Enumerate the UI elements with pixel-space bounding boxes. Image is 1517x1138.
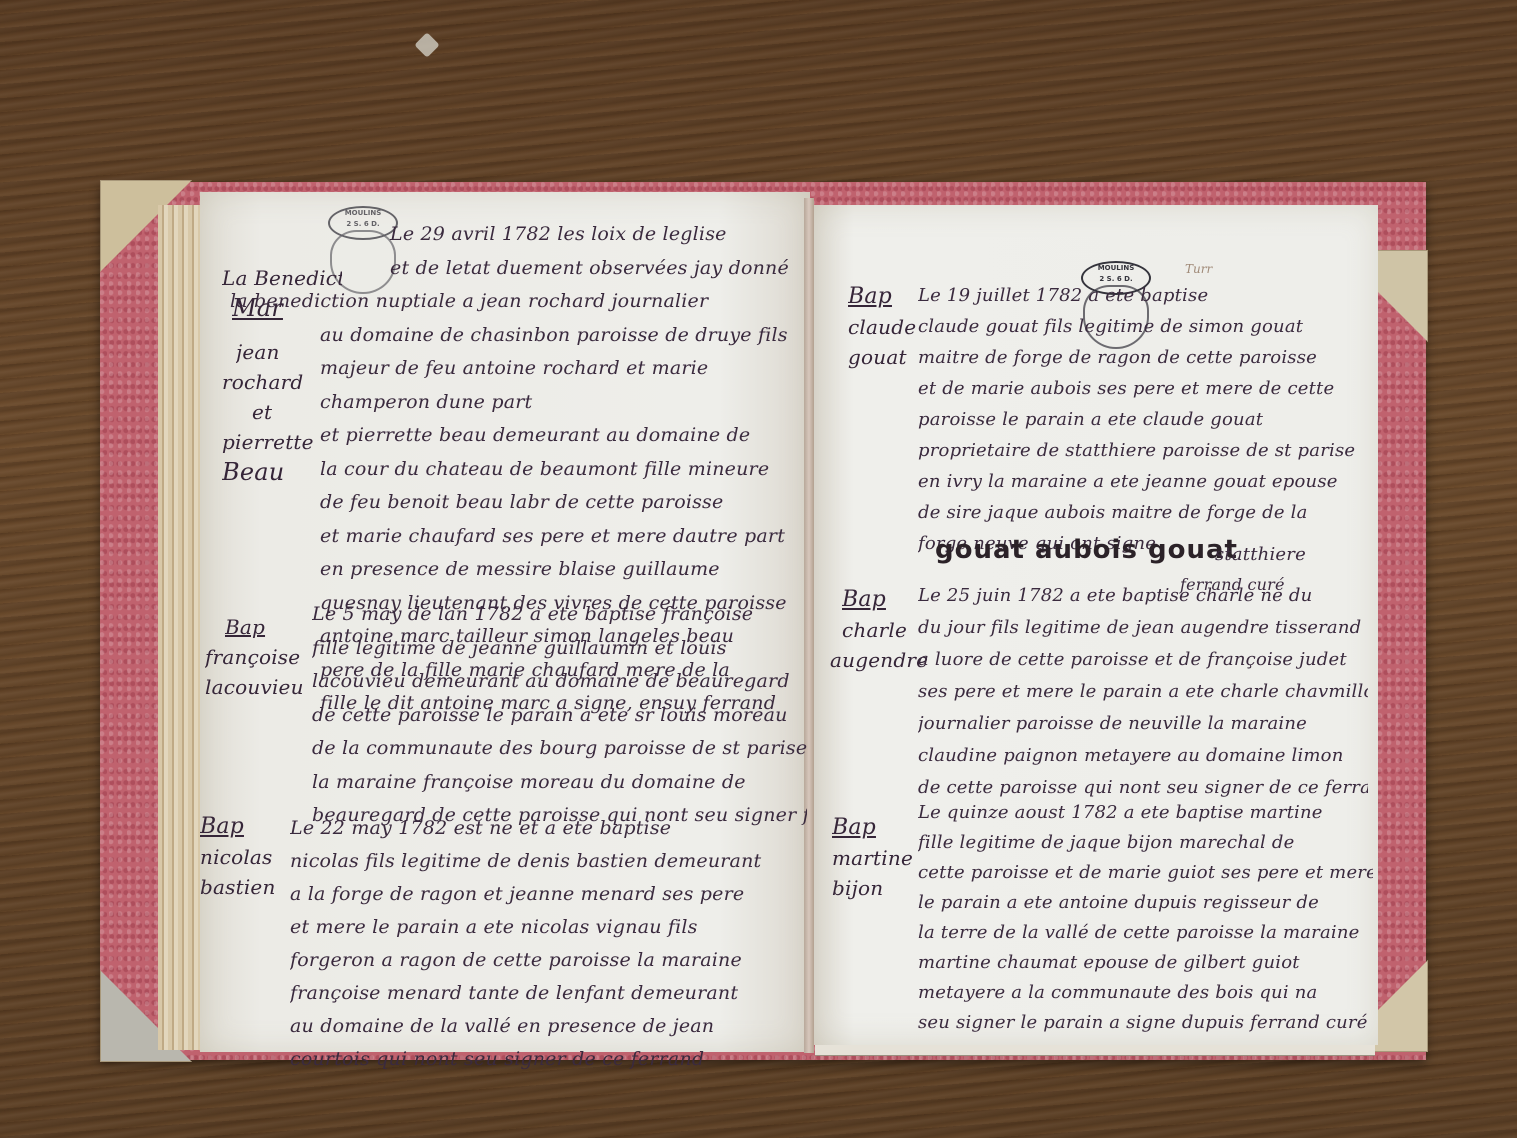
text-line: forgeron a ragon de cette paroisse la ma… (290, 944, 805, 977)
margin-entry-francoise: Bap françoise lacouvieu (205, 612, 315, 702)
signature-statthiere: statthiere (1215, 538, 1306, 572)
margin-line: martine (832, 843, 932, 873)
text-line: fille legitime de jeanne guillaumin et l… (312, 632, 807, 666)
text-line: Le quinze aoust 1782 a ete baptise marti… (918, 798, 1373, 828)
text-line: a luore de cette paroisse et de françois… (918, 644, 1368, 676)
text-line: et de letat duement observées jay donné (320, 252, 800, 286)
text-line: paroisse le parain a ete claude gouat (918, 404, 1368, 435)
entry-claude-text: Le 19 juillet 1782 a ete baptise claude … (918, 280, 1368, 559)
text-line: claudine paignon metayere au domaine lim… (918, 740, 1368, 772)
text-line: de sire jaque aubois maitre de forge de … (918, 497, 1368, 528)
right-page-edge (815, 1045, 1375, 1056)
text-line: courtois qui nont seu signer de ce ferra… (290, 1043, 805, 1076)
text-line: la benediction nuptiale a jean rochard j… (230, 285, 800, 319)
text-line: proprietaire de statthiere paroisse de s… (918, 435, 1368, 466)
entry-martine-text: Le quinze aoust 1782 a ete baptise marti… (918, 798, 1373, 1038)
text-line: au domaine de chasinbon paroisse de druy… (320, 319, 800, 353)
text-line: du jour fils legitime de jean augendre t… (918, 612, 1368, 644)
entry-charle-text: Le 25 juin 1782 a ete baptise charle ne … (918, 580, 1368, 804)
entry-nicolas-text: Le 22 may 1782 est ne et a ete baptise n… (290, 812, 805, 1076)
text-line: lacouvieu demeurant au domaine de beaure… (312, 665, 807, 699)
text-line: a la forge de ragon et jeanne menard ses… (290, 878, 805, 911)
text-line: et pierrette beau demeurant au domaine d… (320, 419, 800, 453)
margin-line: lacouvieu (205, 672, 315, 702)
text-line: françoise menard tante de lenfant demeur… (290, 977, 805, 1010)
text-line: de la communaute des bourg paroisse de s… (312, 732, 807, 766)
margin-title: Bap (225, 612, 315, 642)
corner-note: Turr (1185, 262, 1212, 276)
text-line: de cette paroisse le parain a ete sr lou… (312, 699, 807, 733)
text-line: et de marie aubois ses pere et mere de c… (918, 373, 1368, 404)
signature-gouat-aubois: gouat aubois gouat (935, 535, 1238, 565)
margin-entry-martine: Bap martine bijon (832, 813, 932, 903)
text-line: Le 22 may 1782 est ne et a ete baptise (290, 812, 805, 845)
text-line: majeur de feu antoine rochard et marie (320, 352, 800, 386)
text-line: claude gouat fils legitime de simon goua… (918, 311, 1368, 342)
margin-line: charle (842, 615, 930, 645)
stamp-text-top: MOULINS (345, 209, 382, 217)
text-line: au domaine de la vallé en presence de je… (290, 1010, 805, 1043)
text-line: la terre de la vallé de cette paroisse l… (918, 918, 1373, 948)
entry-francoise-text: Le 5 may de lan 1782 a ete baptise franç… (312, 598, 807, 833)
text-line: nicolas fils legitime de denis bastien d… (290, 845, 805, 878)
text-line: fille legitime de jaque bijon marechal d… (918, 828, 1373, 858)
text-line: de feu benoit beau labr de cette paroiss… (320, 486, 800, 520)
text-line: Le 19 juillet 1782 a ete baptise (918, 280, 1368, 311)
text-line: martine chaumat epouse de gilbert guiot (918, 948, 1373, 978)
margin-title: Bap (832, 813, 932, 843)
text-line: Le 5 may de lan 1782 a ete baptise franç… (312, 598, 807, 632)
text-line: seu signer le parain a signe dupuis ferr… (918, 1008, 1373, 1038)
text-line: en presence de messire blaise guillaume (320, 553, 800, 587)
text-line: champeron dune part (320, 386, 800, 420)
text-line: Le 25 juin 1782 a ete baptise charle ne … (918, 580, 1368, 612)
margin-title: Bap (842, 585, 930, 615)
text-line: cette paroisse et de marie guiot ses per… (918, 858, 1373, 888)
margin-line: bijon (832, 873, 932, 903)
text-line: en ivry la maraine a ete jeanne gouat ep… (918, 466, 1368, 497)
table-speck (414, 32, 439, 57)
text-line: et marie chaufard ses pere et mere dautr… (320, 520, 800, 554)
text-line: ses pere et mere le parain a ete charle … (918, 676, 1368, 708)
text-line: Le 29 avril 1782 les loix de leglise (320, 218, 800, 252)
margin-line: augendre (830, 645, 930, 675)
text-line: la cour du chateau de beaumont fille min… (320, 453, 800, 487)
stamp-text-top: MOULINS (1098, 264, 1135, 272)
text-line: la maraine françoise moreau du domaine d… (312, 766, 807, 800)
text-line: maitre de forge de ragon de cette parois… (918, 342, 1368, 373)
margin-entry-charle: Bap charle augendre (830, 585, 930, 675)
margin-line: françoise (205, 642, 315, 672)
text-line: metayere a la communaute des bois qui na (918, 978, 1373, 1008)
text-line: journalier paroisse de neuville la marai… (918, 708, 1368, 740)
text-line: et mere le parain a ete nicolas vignau f… (290, 911, 805, 944)
text-line: le parain a ete antoine dupuis regisseur… (918, 888, 1373, 918)
